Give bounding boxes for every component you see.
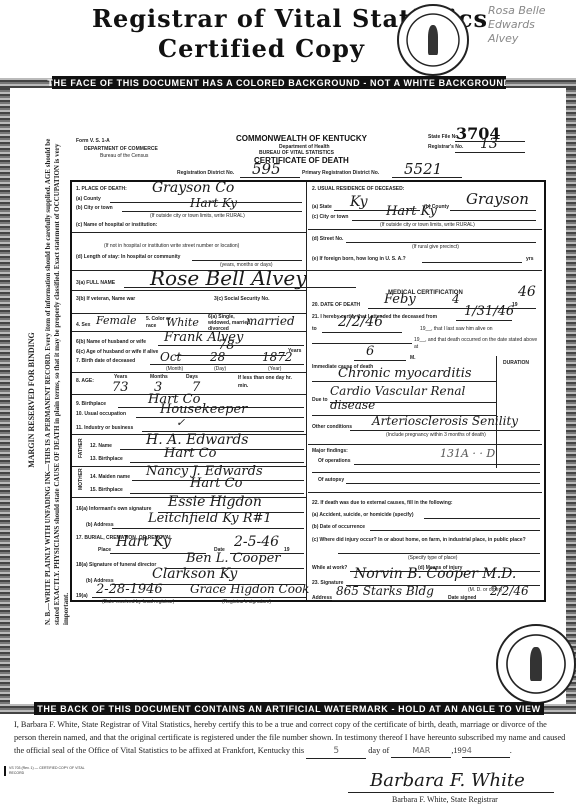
cert-month-value: MAR xyxy=(391,744,451,758)
informant-value: Essie Higdon xyxy=(168,494,262,510)
operations-value: 131A · · D xyxy=(440,447,495,460)
primary-district-line xyxy=(392,177,462,178)
father-birthplace-line xyxy=(130,462,304,463)
border-rope-bottom-right xyxy=(544,704,576,714)
place-of-death-county-value: Grayson Co xyxy=(152,180,234,196)
cert-day-value: 5 xyxy=(306,745,366,759)
dod-month-value: Feby xyxy=(384,292,416,307)
place-type-note: (Specify type of place) xyxy=(408,555,457,561)
last-seen-text: 19__, that I last saw him alive on xyxy=(420,326,493,332)
mother-birthplace-value: Hart Co xyxy=(190,476,242,491)
page-subtitle: Certified Copy xyxy=(158,34,365,63)
informant-label: 16(a) Informant's own signature xyxy=(76,506,151,512)
sex-label: 4. Sex xyxy=(76,322,90,328)
attended-from-value: 1/31/46 xyxy=(464,304,514,319)
pencil-note-line: Alvey xyxy=(488,32,546,46)
address-line xyxy=(332,600,540,601)
commonwealth-heading: COMMONWEALTH OF KENTUCKY xyxy=(236,134,367,143)
registrar-no-value: 13 xyxy=(480,136,498,152)
birth-date-label: 7. Birth date of deceased xyxy=(76,358,135,364)
occupation-line xyxy=(136,417,304,418)
city-line xyxy=(122,211,302,212)
kentucky-seal-icon xyxy=(397,4,469,76)
duration-label: DURATION xyxy=(503,360,529,366)
occupation-label: 10. Usual occupation xyxy=(76,411,126,417)
death-occurred-text: 19__, and that death occurred on the dat… xyxy=(414,337,540,351)
birth-month-value: Oct xyxy=(160,350,181,364)
filed-label: 19(a) xyxy=(76,593,88,599)
full-name-line xyxy=(124,287,356,288)
operations-label: Of operations xyxy=(318,458,351,464)
where-label: (c) Where did injury occur? In or about … xyxy=(312,536,538,545)
filed-date-value: 2-28-1946 xyxy=(96,582,163,597)
full-name-label: 3(a) FULL NAME xyxy=(76,280,115,286)
funeral-director-value: Ben L. Cooper xyxy=(186,551,280,566)
other-conditions-label: Other conditions xyxy=(312,424,352,430)
father-name-label: 12. Name xyxy=(90,443,112,449)
burial-date-value: 2-5-46 xyxy=(234,534,279,550)
physician-address: 865 Starks Bldg xyxy=(336,584,434,598)
res-county-line xyxy=(450,210,536,211)
pencil-note: Rosa Belle Edwards Alvey xyxy=(488,4,546,46)
operations-line-2 xyxy=(312,472,540,473)
res-state-value: Ky xyxy=(350,194,367,210)
immediate-cause-value: Chronic myocarditis xyxy=(338,366,472,381)
border-rope-right xyxy=(566,88,576,708)
registrar-sig-note: (Registrar's signature) xyxy=(222,599,271,605)
informant-address-label: (b) Address xyxy=(86,522,114,528)
occupation-value: Housekeeper xyxy=(160,402,247,417)
hospital-note: (If not in hospital or institution write… xyxy=(104,243,239,249)
time-unit: M. xyxy=(410,355,416,361)
where-line xyxy=(338,553,540,554)
sex-value: Female xyxy=(96,314,137,327)
dod-day-value: 4 xyxy=(452,292,460,306)
res-city-line xyxy=(352,220,536,221)
city-value: Hart Ky xyxy=(190,196,237,210)
res-city-value: Hart Ky xyxy=(386,204,437,219)
dod-year-value: 46 xyxy=(518,284,536,300)
mother-birthplace-label: 15. Birthplace xyxy=(90,487,123,493)
pencil-note-line: Edwards xyxy=(488,18,546,32)
date-signed-value: 2/2/46 xyxy=(490,584,529,598)
residence-label: 2. USUAL RESIDENCE OF DECEASED: xyxy=(312,186,404,192)
reg-district-label: Registration District No. xyxy=(177,170,234,176)
pencil-note-line: Rosa Belle xyxy=(488,4,546,18)
autopsy-line xyxy=(346,483,540,484)
major-findings-label: Major findings: xyxy=(312,448,348,454)
veteran-label: 3(b) If veteran, Name war xyxy=(76,295,156,304)
physician-signature: Norvin B. Cooper M.D. xyxy=(354,566,516,582)
registrar-signature-line xyxy=(348,792,554,793)
father-tag: FATHER xyxy=(78,438,84,458)
street-line xyxy=(346,242,536,243)
street-note: (If rural give precinct) xyxy=(412,244,459,250)
border-rope-bottom-left xyxy=(0,704,36,714)
registrar-signature: Barbara F. White xyxy=(370,770,525,791)
cert-year-prefix: ,19 xyxy=(451,746,461,755)
primary-district-label: Primary Registration District No. xyxy=(302,170,379,176)
res-state-label: (a) State xyxy=(312,204,332,210)
duration-column xyxy=(496,356,541,468)
mother-tag: MOTHER xyxy=(78,468,84,490)
mother-maiden-label: 14. Maiden name xyxy=(90,474,130,480)
border-rope-top-right xyxy=(506,78,576,88)
divider xyxy=(72,232,306,233)
res-county-value: Grayson xyxy=(466,190,529,208)
foreign-label: (e) If foreign born, how long in U. S. A… xyxy=(312,256,406,262)
cert-day-of: day of xyxy=(368,746,389,755)
state-file-label: State File No. xyxy=(428,134,460,140)
divider xyxy=(72,290,306,291)
accident-label: (a) Accident, suicide, or homicide (spec… xyxy=(312,512,414,518)
form-department: DEPARTMENT OF COMMERCE xyxy=(84,146,158,152)
divider xyxy=(72,372,306,373)
local-registrar-signature: Grace Higdon Cook xyxy=(190,582,309,596)
street-label: (d) Street No. xyxy=(312,236,343,242)
registrar-no-label: Registrar's No. xyxy=(428,144,463,150)
foreign-unit: yrs xyxy=(526,256,534,262)
informant-address-value: Leitchfield Ky R#1 xyxy=(148,511,272,526)
social-security-label: 3(c) Social Security No. xyxy=(214,295,294,304)
autopsy-label: Of autopsy xyxy=(318,477,344,483)
burial-place-value: Hart Ky xyxy=(116,534,171,550)
primary-district-value: 5521 xyxy=(404,160,442,178)
reg-district-value: 595 xyxy=(252,160,281,178)
filed-date-note: (Date received by local registrar) xyxy=(102,599,174,605)
external-causes-label: 22. If death was due to external causes,… xyxy=(312,500,453,506)
age-years-value: 73 xyxy=(112,380,129,395)
time-line xyxy=(354,360,406,361)
spouse-age-label: 6(c) Age of husband or wife if alive xyxy=(76,349,158,355)
divider xyxy=(308,492,542,493)
date-of-death-label: 20. DATE OF DEATH xyxy=(312,302,360,308)
attended-from-line xyxy=(456,320,512,321)
age-less-day-label: If less than one day hr. min. xyxy=(238,374,300,390)
funeral-director-label: 18(a) Signature of funeral director xyxy=(76,562,156,568)
attended-to-line xyxy=(322,332,402,333)
marital-value: married xyxy=(246,314,295,328)
spouse-label: 6(b) Name of husband or wife xyxy=(76,339,146,345)
city-label: (b) City or town xyxy=(76,205,113,211)
father-birthplace-label: 13. Birthplace xyxy=(90,456,123,462)
county-label: (a) County xyxy=(76,196,101,202)
industry-value: ✓ xyxy=(176,416,185,429)
birth-year-value: 1872 xyxy=(262,350,293,364)
birthplace-label: 9. Birthplace xyxy=(76,401,106,407)
age-label: 8. AGE: xyxy=(76,378,94,384)
attended-to-label: to xyxy=(312,326,317,332)
certification-statement: I, Barbara F. White, State Registrar of … xyxy=(14,718,566,759)
res-city-note: (If outside city or town limits, write R… xyxy=(380,222,475,228)
other-conditions-line xyxy=(350,430,540,431)
foreign-line xyxy=(422,262,522,263)
border-rope-left xyxy=(0,88,10,708)
top-banner: THE FACE OF THIS DOCUMENT HAS A COLORED … xyxy=(52,76,506,89)
due-to-line xyxy=(330,402,496,403)
city-note: (If outside city or town limits, write R… xyxy=(150,213,245,219)
other-conditions-value: Arteriosclerosis Senility xyxy=(372,414,518,428)
reg-district-line xyxy=(240,177,300,178)
while-work-label: While at work? xyxy=(312,565,347,571)
informant-address-line xyxy=(112,528,304,529)
operations-line xyxy=(354,464,540,465)
filed-line xyxy=(92,597,306,598)
other-conditions-note: (Include pregnancy within 3 months of de… xyxy=(386,432,486,438)
accident-line xyxy=(424,518,540,519)
divider xyxy=(308,444,542,445)
occurrence-line xyxy=(370,530,540,531)
hospital-label: (c) Name of hospital or institution: xyxy=(76,222,157,228)
address-label: Address xyxy=(312,595,332,601)
due-to-value: Cardio Vascular Renal disease xyxy=(330,384,490,412)
funeral-address-value: Clarkson Ky xyxy=(152,566,237,582)
immediate-cause-line xyxy=(312,381,496,382)
father-birthplace-value: Hart Co xyxy=(164,446,216,461)
column-divider xyxy=(306,182,307,600)
attended-to-value: 2/2/46 xyxy=(338,314,383,330)
place-of-death-label: 1. PLACE OF DEATH: xyxy=(76,186,127,192)
registrar-no-line xyxy=(455,152,525,153)
bottom-banner: THE BACK OF THIS DOCUMENT CONTAINS AN AR… xyxy=(34,702,544,715)
birth-day-value: 28 xyxy=(210,350,225,364)
stay-label: (d) Length of stay: In hospital or commu… xyxy=(76,254,180,260)
registrar-caption: Barbara F. White, State Registrar xyxy=(392,795,498,804)
birth-date-line xyxy=(150,364,304,365)
time-value: 6 xyxy=(366,344,374,359)
color-value: White xyxy=(166,316,199,329)
occurrence-label: (b) Date of occurrence xyxy=(312,524,365,530)
kentucky-seal-icon xyxy=(496,624,576,704)
form-bureau: Bureau of the Census xyxy=(100,153,148,159)
res-city-label: (c) City or town xyxy=(312,214,348,220)
divider xyxy=(308,229,542,230)
form-code: VS 703 (Rev. 1) — CERTIFIED COPY OF VITA… xyxy=(4,766,99,776)
industry-label: 11. Industry or business xyxy=(76,425,133,431)
cert-year-value: 94 xyxy=(462,744,510,758)
stay-line xyxy=(192,260,302,261)
divider xyxy=(72,270,542,271)
last-seen-line xyxy=(312,343,412,344)
due-to-label: Due to xyxy=(312,397,328,403)
form-number: Form V. S. 1-A xyxy=(76,138,110,144)
